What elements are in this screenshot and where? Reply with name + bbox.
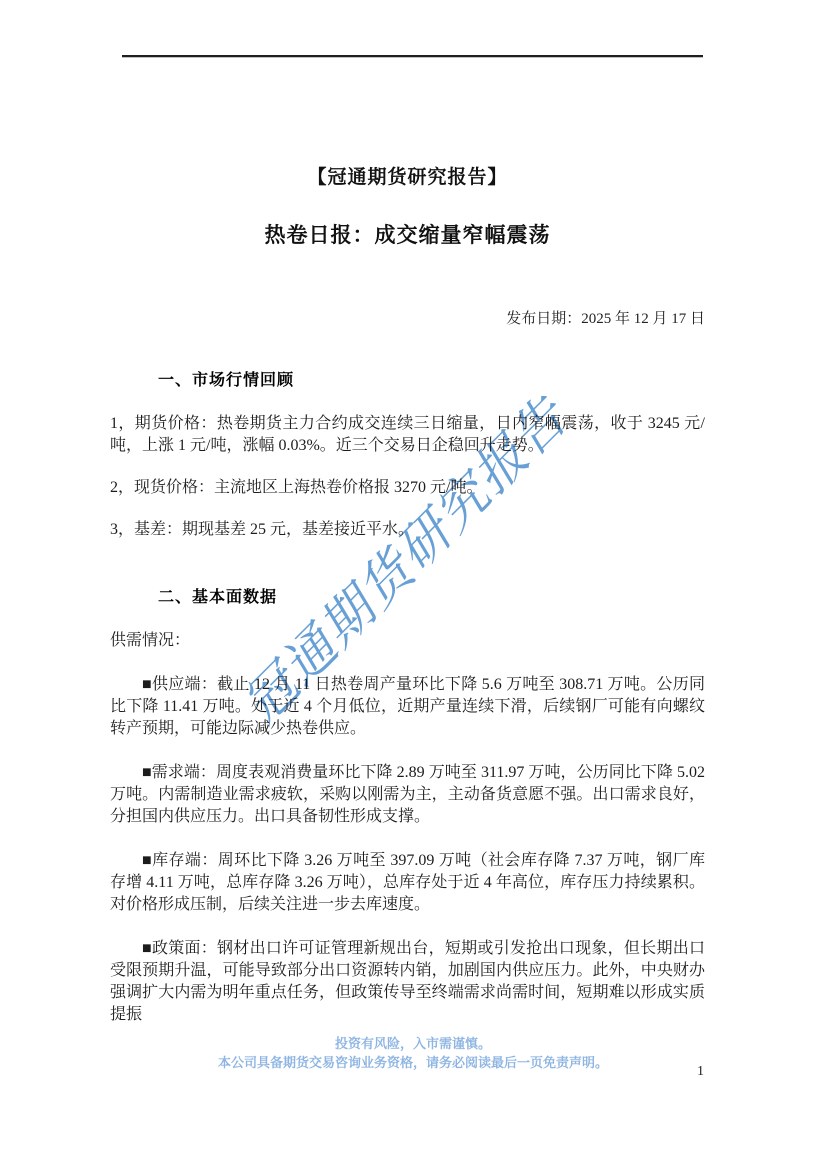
- report-page: 冠通期货研究报告 【冠通期货研究报告】 热卷日报：成交缩量窄幅震荡 发布日期：2…: [0, 0, 826, 1169]
- paragraph-basis: 3，基差：期现基差 25 元，基差接近平水。: [110, 519, 705, 541]
- section-heading-fundamentals: 二、基本面数据: [110, 588, 705, 608]
- paragraph-supply-demand-intro: 供需情况：: [110, 630, 705, 652]
- report-title: 热卷日报：成交缩量窄幅震荡: [110, 223, 705, 247]
- paragraph-spot-price: 2，现货价格：主流地区上海热卷价格报 3270 元/吨。: [110, 477, 705, 499]
- document-body: 【冠通期货研究报告】 热卷日报：成交缩量窄幅震荡 发布日期：2025 年 12 …: [110, 0, 705, 1026]
- paragraph-futures-price: 1，期货价格：热卷期货主力合约成交连续三日缩量，日内窄幅震荡，收于 3245 元…: [110, 413, 705, 457]
- footer-risk-warning: 投资有风险，入市需谨慎。: [0, 1034, 826, 1053]
- paragraph-inventory-side: ■库存端：周环比下降 3.26 万吨至 397.09 万吨（社会库存降 7.37…: [110, 850, 705, 916]
- paragraph-demand-side: ■需求端：周度表观消费量环比下降 2.89 万吨至 311.97 万吨，公历同比…: [110, 762, 705, 828]
- paragraph-supply-side: ■供应端：截止 12 月 11 日热卷周产量环比下降 5.6 万吨至 308.7…: [110, 674, 705, 740]
- publish-date: 发布日期：2025 年 12 月 17 日: [110, 309, 705, 329]
- paragraph-policy-side: ■政策面：钢材出口许可证管理新规出台，短期或引发抢出口现象，但长期出口受限预期升…: [110, 938, 705, 1026]
- page-number: 1: [697, 1064, 704, 1080]
- section-heading-market-review: 一、市场行情回顾: [110, 371, 705, 391]
- report-series-title: 【冠通期货研究报告】: [110, 167, 705, 189]
